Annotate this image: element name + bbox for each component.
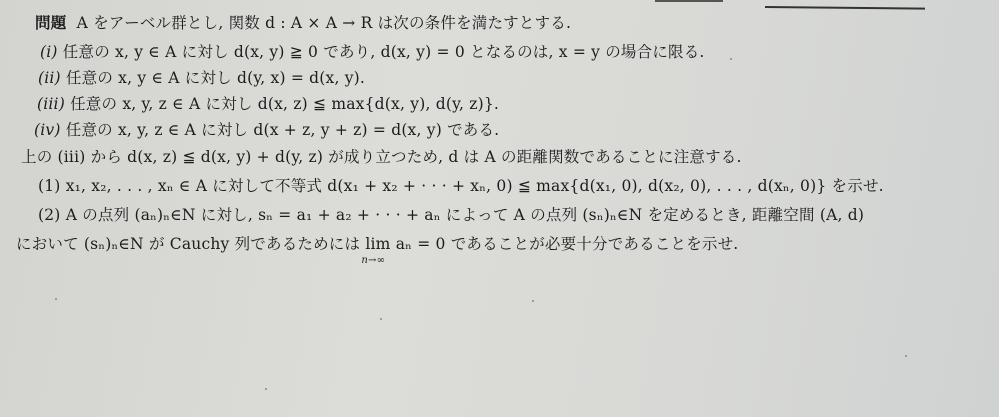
question-label-2: (2) <box>38 206 61 224</box>
condition-text-iii: 任意の x, y, z ∈ A に対し d(x, z) ≦ max{d(x, y… <box>70 95 499 113</box>
top-edge-mark <box>655 0 723 2</box>
condition-label-i: (i) <box>40 43 58 61</box>
paper-speck <box>55 298 57 300</box>
limit-expression: lim n→∞ <box>365 234 390 254</box>
problem-intro-text: A をアーベル群とし, 関数 d : A × A → R は次の条件を満たすとす… <box>77 14 571 32</box>
condition-iv: (iv) 任意の x, y, z ∈ A に対し d(x + z, y + z)… <box>34 120 499 140</box>
paper-speck <box>905 355 907 357</box>
condition-label-iii: (iii) <box>37 95 65 113</box>
question-text-2a: A の点列 (aₙ)ₙ∈N に対し, sₙ = a₁ + a₂ + · · · … <box>66 206 864 224</box>
metric-note: 上の (iii) から d(x, z) ≦ d(x, y) + d(y, z) … <box>21 147 742 167</box>
top-edge-underline <box>765 6 925 9</box>
question-label-1: (1) <box>38 177 61 195</box>
condition-text-i: 任意の x, y ∈ A に対し d(x, y) ≧ 0 であり, d(x, y… <box>63 43 705 61</box>
condition-i: (i) 任意の x, y ∈ A に対し d(x, y) ≧ 0 であり, d(… <box>40 42 705 62</box>
problem-label: 問題 <box>35 14 66 32</box>
paper-speck <box>380 318 382 320</box>
condition-text-ii: 任意の x, y ∈ A に対し d(y, x) = d(x, y). <box>66 69 365 87</box>
question-text-1: x₁, x₂, . . . , xₙ ∈ A に対して不等式 d(x₁ + x₂… <box>66 177 884 195</box>
question-text-2b: において (sₙ)ₙ∈N が Cauchy 列であるためには <box>16 235 360 253</box>
problem-intro-line: 問題 A をアーベル群とし, 関数 d : A × A → R は次の条件を満た… <box>35 13 571 33</box>
metric-note-text: 上の (iii) から d(x, z) ≦ d(x, y) + d(y, z) … <box>21 148 742 166</box>
condition-ii: (ii) 任意の x, y ∈ A に対し d(y, x) = d(x, y). <box>38 68 365 88</box>
condition-label-ii: (ii) <box>38 69 61 87</box>
condition-text-iv: 任意の x, y, z ∈ A に対し d(x + z, y + z) = d(… <box>66 121 500 139</box>
paper-speck <box>265 388 267 390</box>
condition-iii: (iii) 任意の x, y, z ∈ A に対し d(x, z) ≦ max{… <box>37 94 499 114</box>
limit-subscript: n→∞ <box>361 251 385 271</box>
question-1: (1) x₁, x₂, . . . , xₙ ∈ A に対して不等式 d(x₁ … <box>38 176 884 196</box>
question-2-line-1: (2) A の点列 (aₙ)ₙ∈N に対し, sₙ = a₁ + a₂ + · … <box>38 205 864 225</box>
question-text-2c: aₙ = 0 であることが必要十分であることを示せ. <box>396 235 739 253</box>
question-2-line-2: において (sₙ)ₙ∈N が Cauchy 列であるためには lim n→∞ a… <box>16 234 738 254</box>
paper-speck <box>532 300 534 302</box>
condition-label-iv: (iv) <box>34 121 61 139</box>
exam-page: 問題 A をアーベル群とし, 関数 d : A × A → R は次の条件を満た… <box>0 0 999 417</box>
paper-speck <box>730 58 732 60</box>
